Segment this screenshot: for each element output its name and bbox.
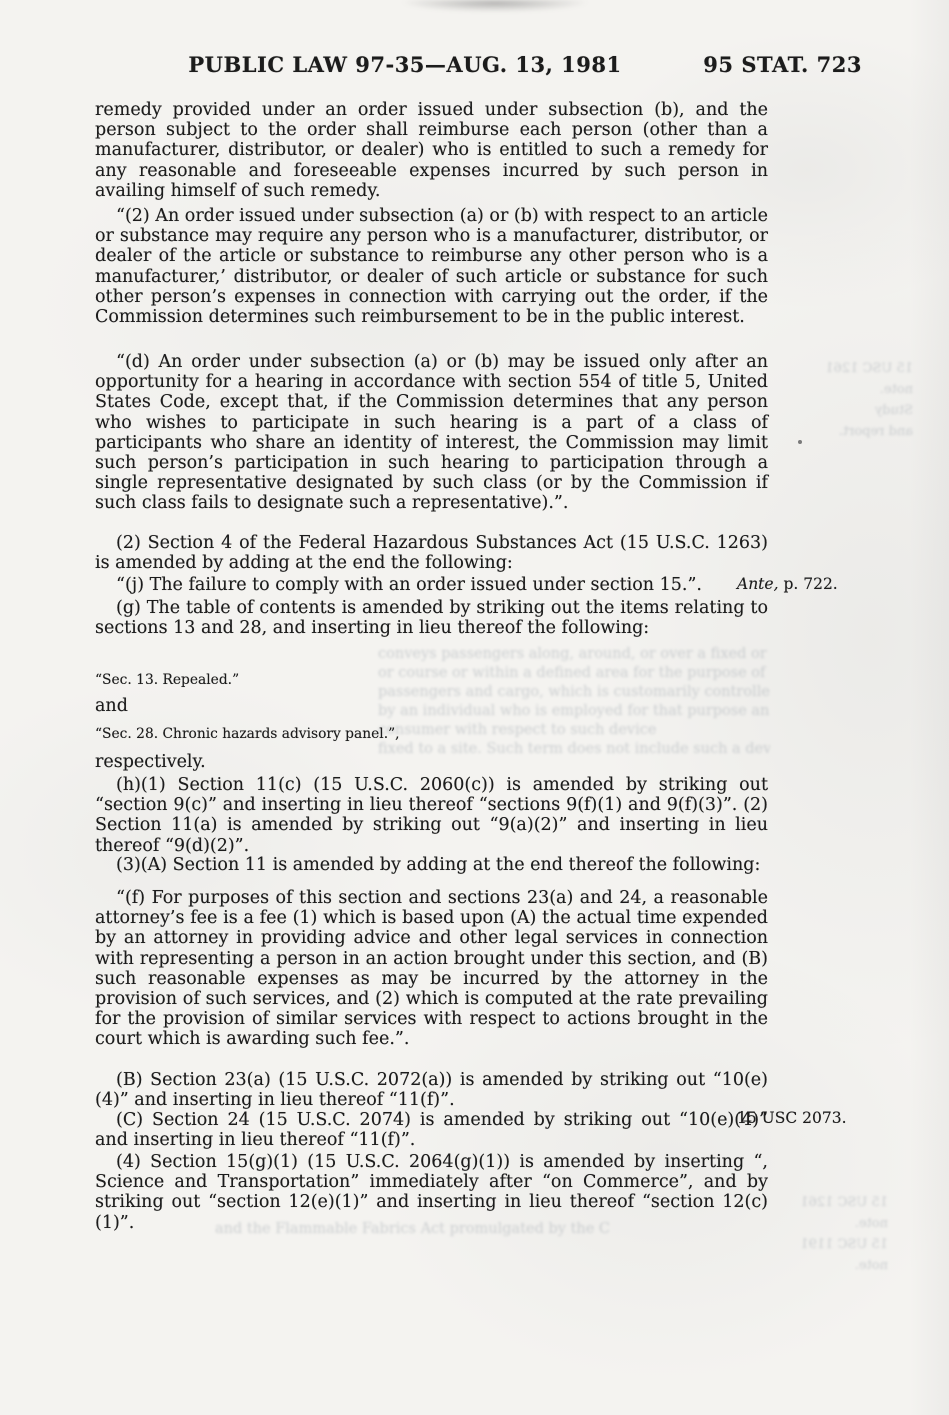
statute-paragraph: “(d) An order under subsection (a) or (b… bbox=[95, 352, 768, 514]
margin-note-15-usc-2073: 15 USC 2073. bbox=[737, 1110, 847, 1127]
bleed-through-top-margin: 15 USC 1261 note. Study and report. bbox=[788, 358, 913, 442]
toc-item-sec-28: “Sec. 28. Chronic hazards advisory panel… bbox=[95, 726, 768, 742]
statute-paragraph: “(j) The failure to comply with an order… bbox=[95, 575, 768, 595]
statute-paragraph: (3)(A) Section 11 is amended by adding a… bbox=[95, 855, 768, 875]
margin-note-ante-p-722: Ante, p. 722. bbox=[737, 576, 838, 593]
statute-paragraph: “(f) For purposes of this section and se… bbox=[95, 888, 768, 1050]
bleed-through-bottom-margin: 15 USC 1261 note. 15 USC 1191 note. bbox=[768, 1192, 888, 1276]
margin-note-rest: p. 722. bbox=[779, 575, 838, 593]
scan-smudge bbox=[400, 0, 590, 12]
statute-paragraph: (B) Section 23(a) (15 U.S.C. 2072(a)) is… bbox=[95, 1070, 768, 1110]
statute-paragraph: (2) Section 4 of the Federal Hazardous S… bbox=[95, 533, 768, 573]
statute-paragraph: “(2) An order issued under subsection (a… bbox=[95, 206, 768, 327]
statute-paragraph: (4) Section 15(g)(1) (15 U.S.C. 2064(g)(… bbox=[95, 1152, 768, 1233]
page-header-stat: 95 STAT. 723 bbox=[703, 52, 862, 77]
statute-paragraph: and bbox=[95, 696, 768, 716]
statute-page: PUBLIC LAW 97-35—AUG. 13, 1981 95 STAT. … bbox=[0, 0, 949, 1415]
margin-note-italic: Ante, bbox=[737, 575, 779, 593]
statute-paragraph: respectively. bbox=[95, 752, 768, 772]
statute-paragraph: remedy provided under an order issued un… bbox=[95, 100, 768, 201]
page-header-title: PUBLIC LAW 97-35—AUG. 13, 1981 bbox=[95, 52, 715, 77]
statute-paragraph: (C) Section 24 (15 U.S.C. 2074) is amend… bbox=[95, 1110, 768, 1150]
statute-paragraph: (h)(1) Section 11(c) (15 U.S.C. 2060(c))… bbox=[95, 775, 768, 856]
statute-paragraph: (g) The table of contents is amended by … bbox=[95, 598, 768, 638]
toc-item-sec-13: “Sec. 13. Repealed.” bbox=[95, 672, 768, 688]
margin-note-rest: 15 USC 2073. bbox=[737, 1109, 847, 1127]
